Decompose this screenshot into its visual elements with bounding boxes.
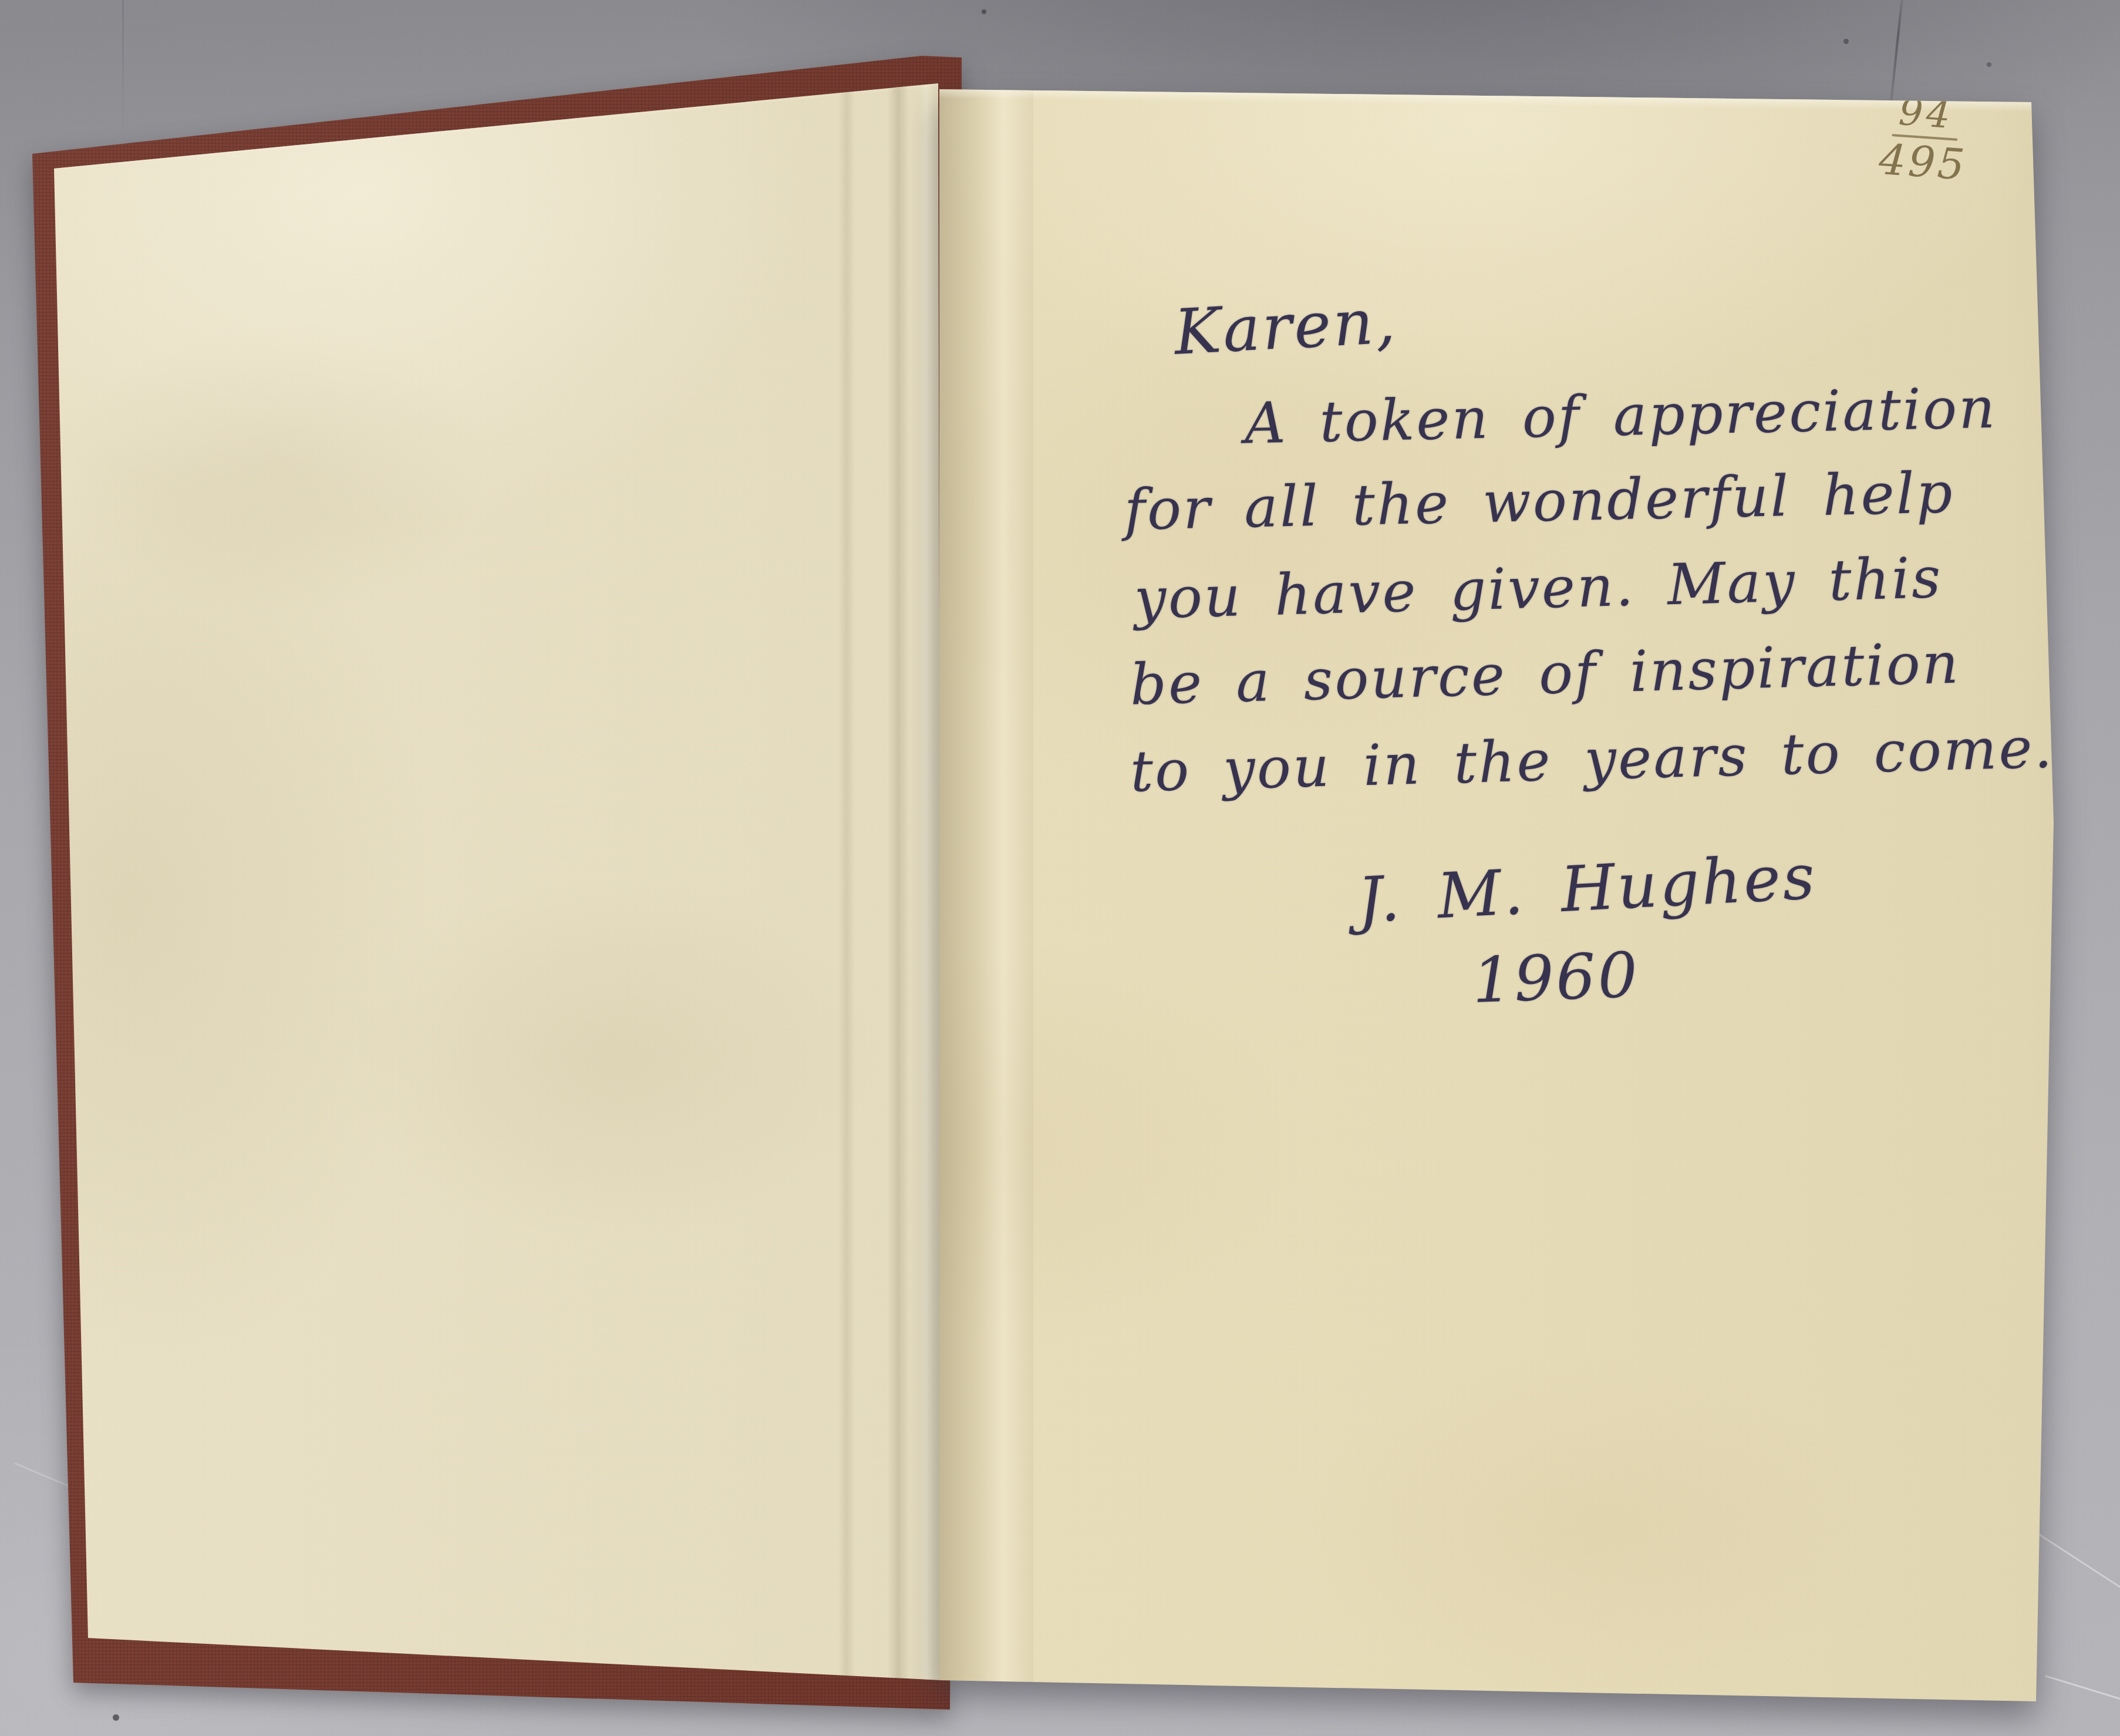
- inscription-line-4: you have given. May this: [1134, 545, 1943, 632]
- pencil-fraction-numerator: 94: [1897, 93, 1955, 134]
- inscription-salutation: Karen,: [1172, 285, 1399, 369]
- inscription-line-6: to you in the years to come.: [1130, 714, 2055, 804]
- inscription-signature: J. M. Hughes: [1356, 841, 1818, 937]
- inscription-line-5: be a source of inspiration: [1130, 631, 1961, 718]
- right-page-wrapper: 94 495 Karen, A token of appreciation fo…: [0, 0, 2120, 1736]
- inscription-line-2: A token of appreciation: [1244, 375, 1998, 457]
- gutter-fold-shadow: [939, 82, 1033, 1685]
- inscription-line-3: for all the wonderful help: [1124, 460, 1955, 543]
- book-photo-scene: 94 495 Karen, A token of appreciation fo…: [0, 0, 2120, 1736]
- inscription-year: 1960: [1471, 939, 1641, 1017]
- pencil-fraction-denominator: 495: [1878, 137, 1968, 187]
- page-edge-highlight: [938, 88, 2042, 112]
- pencil-price-marking: 94 495: [1875, 92, 1974, 188]
- right-flyleaf-page: 94 495 Karen, A token of appreciation fo…: [0, 0, 2120, 1736]
